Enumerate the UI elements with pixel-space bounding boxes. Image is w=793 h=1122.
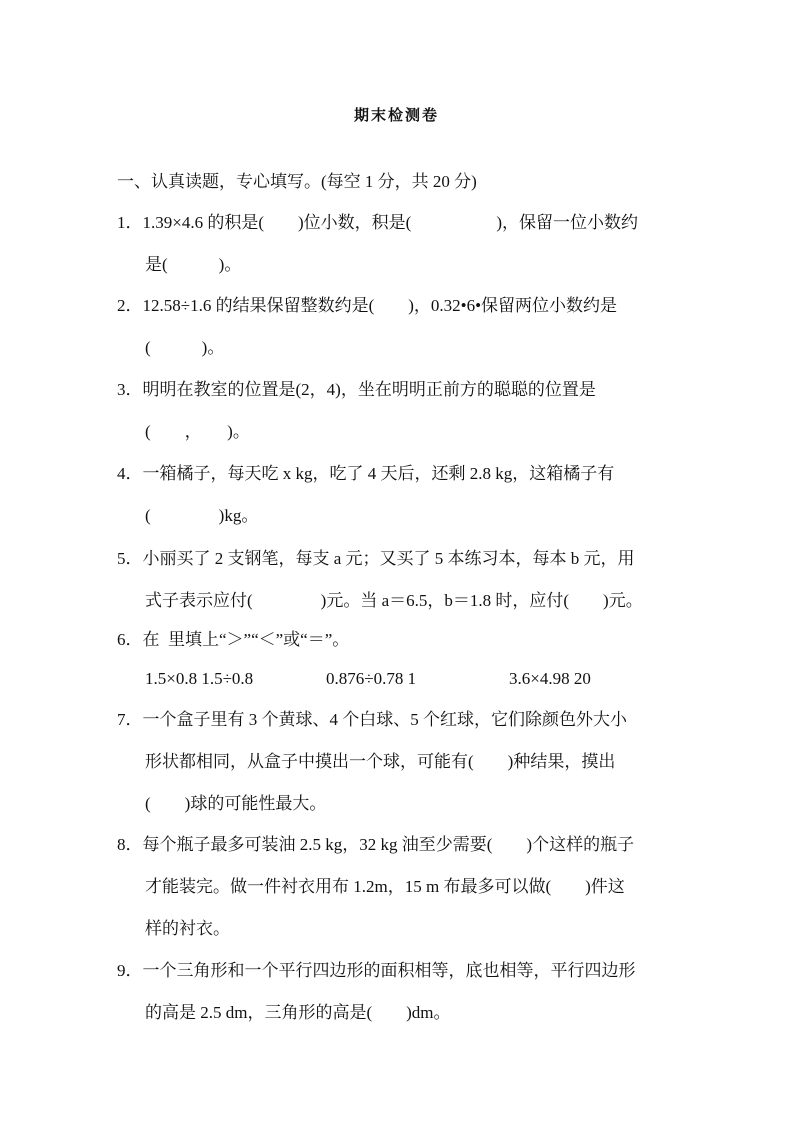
question-8-line-3: 样的衬衣。 [145, 918, 230, 940]
question-7-line-1: 7．一个盒子里有 3 个黄球、4 个白球、5 个红球，它们除颜色外大小 [117, 709, 627, 731]
question-9-line-1: 9．一个三角形和一个平行四边形的面积相等，底也相等，平行四边形 [117, 960, 636, 982]
question-2-line-1: 2．12.58÷1.6 的结果保留整数约是( )，0.32•6•保留两位小数约是 [117, 295, 617, 317]
question-6-line-1: 6．在 里填上“＞”“＜”或“＝”。 [117, 629, 349, 651]
question-9-line-2: 的高是 2.5 dm，三角形的高是( )dm。 [145, 1002, 451, 1024]
question-1-line-2: 是( )。 [145, 254, 241, 276]
question-7-line-3: ( )球的可能性最大。 [145, 793, 326, 815]
question-4-line-1: 4．一箱橘子，每天吃 x kg，吃了 4 天后，还剩 2.8 kg，这箱橘子有 [117, 463, 614, 485]
comparison-1: 1.5×0.8 1.5÷0.8 [145, 668, 253, 690]
question-2-line-2: ( )。 [145, 337, 224, 359]
question-5-line-1: 5．小丽买了 2 支钢笔，每支 a 元；又买了 5 本练习本，每本 b 元，用 [117, 548, 635, 570]
question-8-line-1: 8．每个瓶子最多可装油 2.5 kg，32 kg 油至少需要( )个这样的瓶子 [117, 834, 634, 856]
question-1-line-1: 1．1.39×4.6 的积是( )位小数，积是( )，保留一位小数约 [117, 212, 638, 234]
comparison-2: 0.876÷0.78 1 [326, 668, 416, 690]
comparison-3: 3.6×4.98 20 [509, 668, 591, 690]
question-7-line-2: 形状都相同，从盒子中摸出一个球，可能有( )种结果，摸出 [145, 751, 615, 773]
question-3-line-1: 3．明明在教室的位置是(2，4)，坐在明明正前方的聪聪的位置是 [117, 379, 596, 401]
question-3-line-2: ( ， )。 [145, 421, 250, 443]
document-title: 期末检测卷 [0, 104, 793, 125]
section-heading: 一、认真读题，专心填写。(每空 1 分，共 20 分) [117, 171, 477, 193]
question-4-line-2: ( )kg。 [145, 505, 258, 527]
question-5-line-2: 式子表示应付( )元。当 a＝6.5，b＝1.8 时，应付( )元。 [145, 590, 643, 612]
question-8-line-2: 才能装完。做一件衬衣用布 1.2m，15 m 布最多可以做( )件这 [145, 876, 625, 898]
